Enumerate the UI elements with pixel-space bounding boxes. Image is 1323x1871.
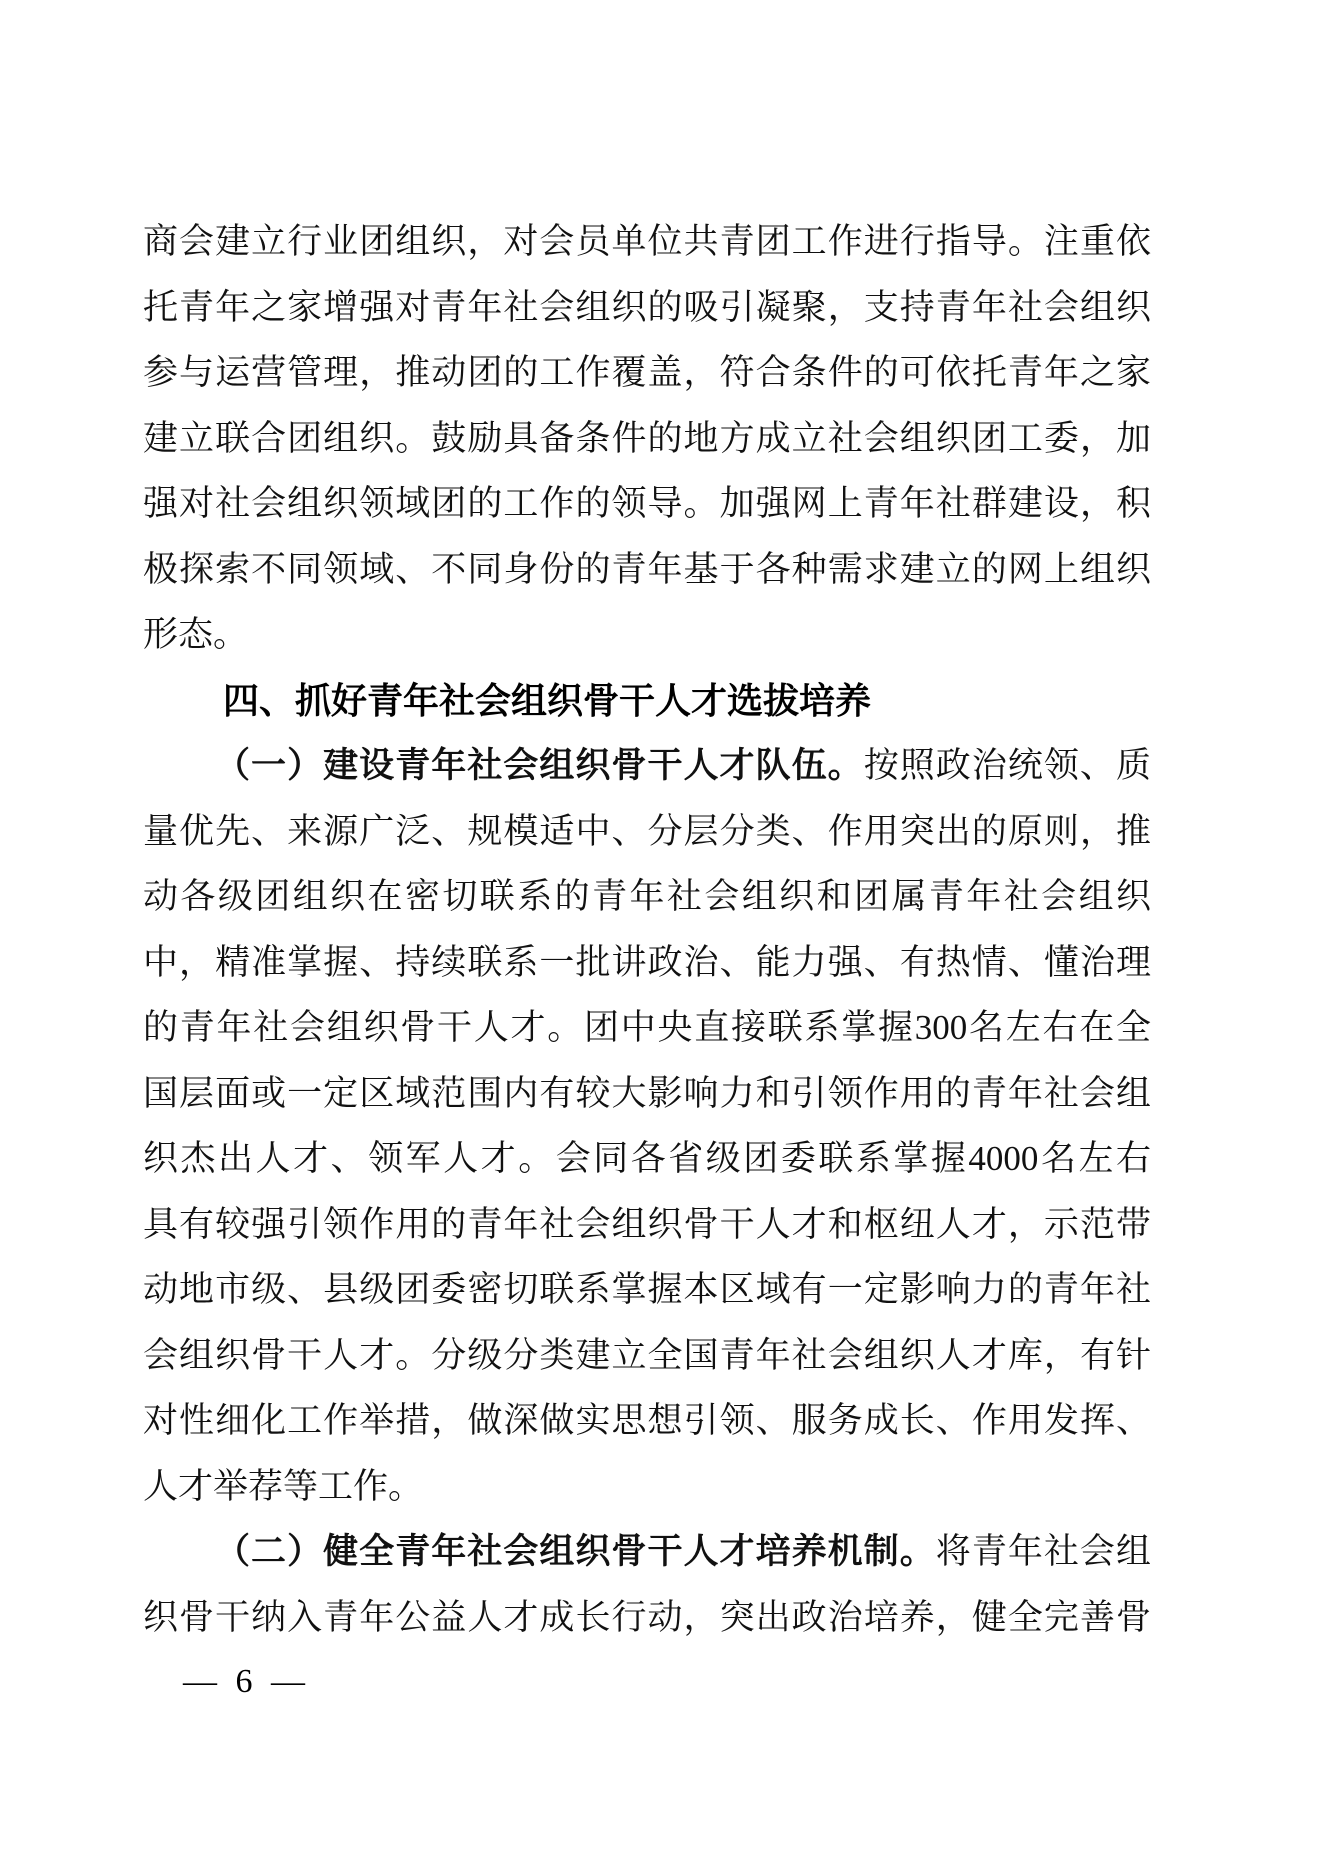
body-line: 形态。 <box>143 602 1151 668</box>
body-line: 参与运营管理，推动团的工作覆盖，符合条件的可依托青年之家 <box>143 340 1151 406</box>
body-line: 会组织骨干人才。分级分类建立全国青年社会组织人才库，有针 <box>143 1323 1151 1389</box>
body-line-text: 按照政治统领、质 <box>864 746 1151 785</box>
body-line: 动地市级、县级团委密切联系掌握本区域有一定影响力的青年社 <box>143 1257 1151 1323</box>
body-line: （一）建设青年社会组织骨干人才队伍。按照政治统领、质 <box>143 733 1151 799</box>
body-line: 织骨干纳入青年公益人才成长行动，突出政治培养，健全完善骨 <box>143 1585 1151 1651</box>
body-line: 国层面或一定区域范围内有较大影响力和引领作用的青年社会组 <box>143 1061 1151 1127</box>
body-line: 动各级团组织在密切联系的青年社会组织和团属青年社会组织 <box>143 864 1151 930</box>
paragraph-lead: （一）建设青年社会组织骨干人才队伍。 <box>215 746 864 785</box>
document-page: 商会建立行业团组织，对会员单位共青团工作进行指导。注重依 托青年之家增强对青年社… <box>0 0 1323 1871</box>
body-line: 托青年之家增强对青年社会组织的吸引凝聚，支持青年社会组织 <box>143 275 1151 341</box>
body-line: 具有较强引领作用的青年社会组织骨干人才和枢纽人才，示范带 <box>143 1192 1151 1258</box>
page-number: — 6 — <box>183 1662 305 1702</box>
body-line: 对性细化工作举措，做深做实思想引领、服务成长、作用发挥、 <box>143 1388 1151 1454</box>
section-heading: 四、抓好青年社会组织骨干人才选拔培养 <box>143 668 1151 734</box>
body-line: 织杰出人才、领军人才。会同各省级团委联系掌握4000名左右 <box>143 1126 1151 1192</box>
body-line: 中，精准掌握、持续联系一批讲政治、能力强、有热情、懂治理 <box>143 930 1151 996</box>
body-line: 强对社会组织领域团的工作的领导。加强网上青年社群建设，积 <box>143 471 1151 537</box>
body-line: 建立联合团组织。鼓励具备条件的地方成立社会组织团工委，加 <box>143 406 1151 472</box>
body-line-text: 将青年社会组 <box>936 1532 1151 1571</box>
paragraph-lead: （二）健全青年社会组织骨干人才培养机制。 <box>215 1532 936 1571</box>
body-line: 商会建立行业团组织，对会员单位共青团工作进行指导。注重依 <box>143 209 1151 275</box>
body-line: （二）健全青年社会组织骨干人才培养机制。将青年社会组 <box>143 1519 1151 1585</box>
text-block: 商会建立行业团组织，对会员单位共青团工作进行指导。注重依 托青年之家增强对青年社… <box>143 209 1151 1650</box>
body-line: 人才举荐等工作。 <box>143 1454 1151 1520</box>
body-line: 的青年社会组织骨干人才。团中央直接联系掌握300名左右在全 <box>143 995 1151 1061</box>
body-line: 极探索不同领域、不同身份的青年基于各种需求建立的网上组织 <box>143 537 1151 603</box>
body-line: 量优先、来源广泛、规模适中、分层分类、作用突出的原则，推 <box>143 799 1151 865</box>
